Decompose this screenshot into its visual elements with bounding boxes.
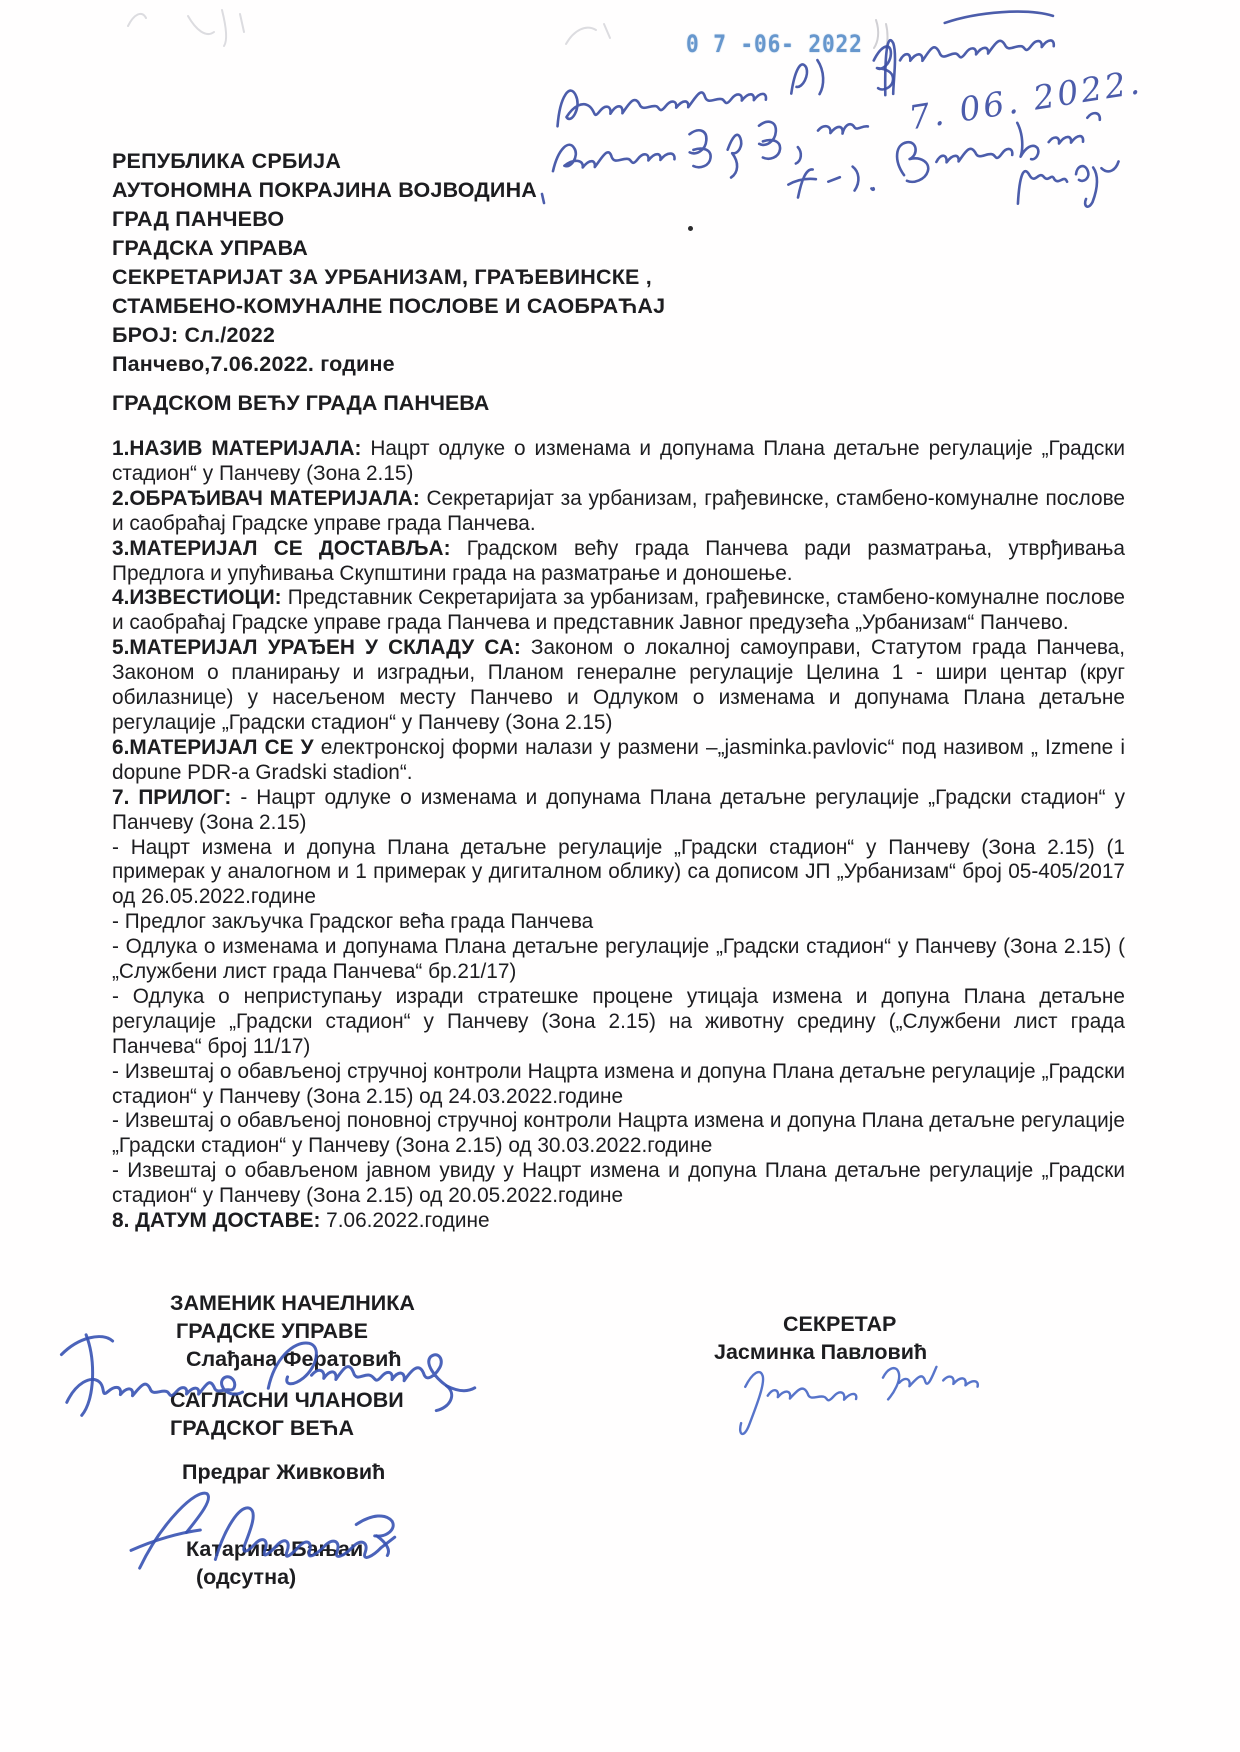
paragraph: - Извештај о обављеној стручној контроли… bbox=[112, 1060, 1125, 1110]
paragraph: 8. ДАТУМ ДОСТАВЕ: 7.06.2022.године bbox=[112, 1209, 1125, 1234]
ink-dot bbox=[688, 226, 693, 231]
salutation: ГРАДСКОМ ВЕЋУ ГРАДА ПАНЧЕВА bbox=[112, 391, 489, 416]
handwritten-word-line3 bbox=[895, 110, 1106, 184]
council-member-2-name: Катарина Бањаи bbox=[186, 1537, 363, 1562]
deputy-title-line-1: ЗАМЕНИК НАЧЕЛНИКА bbox=[170, 1291, 415, 1316]
deputy-title-line-2: ГРАДСКЕ УПРАВЕ bbox=[176, 1319, 368, 1344]
handwritten-word-line4 bbox=[1013, 157, 1125, 218]
council-member-1-name: Предраг Живковић bbox=[182, 1460, 385, 1485]
body-paragraphs: 1.НАЗИВ МАТЕРИЈАЛА: Нацрт одлуке о измен… bbox=[112, 437, 1125, 1234]
paragraph: - Одлука о изменама и допунама Плана дет… bbox=[112, 935, 1125, 985]
letterhead-line: БРОЈ: Сл./2022 bbox=[112, 321, 665, 350]
letterhead-line: ГРАД ПАНЧЕВО bbox=[112, 205, 665, 234]
secretary-title: СЕКРЕТАР bbox=[783, 1312, 896, 1337]
document-page: 0 7 -06- 2022 РЕПУБЛИКА СРБИЈААУТОНОМНА … bbox=[0, 0, 1240, 1752]
paragraph: 1.НАЗИВ МАТЕРИЈАЛА: Нацрт одлуке о измен… bbox=[112, 437, 1125, 487]
paragraph: 4.ИЗВЕСТИОЦИ: Представник Секретаријата … bbox=[112, 586, 1125, 636]
handwritten-received-note: 7. 06. 2022. bbox=[869, 0, 1160, 236]
paragraph: 5.МАТЕРИЈАЛ УРАЂЕН У СКЛАДУ СА: Законом … bbox=[112, 636, 1125, 736]
secretary-name: Јасминка Павловић bbox=[714, 1340, 927, 1365]
paragraph: 7. ПРИЛОГ: - Нацрт одлуке о изменама и д… bbox=[112, 786, 1125, 836]
letterhead-line: РЕПУБЛИКА СРБИЈА bbox=[112, 147, 665, 176]
gray-smudge bbox=[874, 20, 888, 48]
council-member-2-note: (одсутна) bbox=[196, 1565, 296, 1590]
paragraph: 2.ОБРАЂИВАЧ МАТЕРИЈАЛА: Секретаријат за … bbox=[112, 487, 1125, 537]
letterhead-line: СЕКРЕТАРИЈАТ ЗА УРБАНИЗАМ, ГРАЂЕВИНСКЕ , bbox=[112, 263, 665, 292]
signature-secretary bbox=[737, 1361, 980, 1434]
date-stamp: 0 7 -06- 2022 bbox=[686, 30, 863, 58]
council-title-line-2: ГРАДСКОГ ВЕЋА bbox=[170, 1416, 354, 1441]
paragraph: - Извештај о обављеном јавном увиду у На… bbox=[112, 1159, 1125, 1209]
letterhead-line: Панчево,7.06.2022. године bbox=[112, 350, 665, 379]
pencil-marks bbox=[128, 10, 610, 46]
letterhead-line: СТАМБЕНО-КОМУНАЛНЕ ПОСЛОВЕ И САОБРАЋАЈ bbox=[112, 292, 665, 321]
letterhead: РЕПУБЛИКА СРБИЈААУТОНОМНА ПОКРАЈИНА ВОЈВ… bbox=[112, 147, 665, 379]
paragraph: - Предлог закључка Градског већа града П… bbox=[112, 910, 1125, 935]
paragraph: - Нацрт измена и допуна Плана детаљне ре… bbox=[112, 836, 1125, 911]
handwritten-date: 7. 06. 2022. bbox=[906, 62, 1145, 137]
paragraph: - Одлука о неприступању изради стратешке… bbox=[112, 985, 1125, 1060]
letterhead-line: АУТОНОМНА ПОКРАЈИНА ВОЈВОДИНА bbox=[112, 176, 665, 205]
paragraph: 3.МАТЕРИЈАЛ СЕ ДОСТАВЉА: Градском већу г… bbox=[112, 537, 1125, 587]
paragraph: 6.МАТЕРИЈАЛ СЕ У електронској форми нала… bbox=[112, 736, 1125, 786]
paragraph: - Извештај о обављеној поновној стручној… bbox=[112, 1109, 1125, 1159]
deputy-name: Слађана Фератовић bbox=[186, 1347, 402, 1372]
letterhead-line: ГРАДСКА УПРАВА bbox=[112, 234, 665, 263]
council-title-line-1: САГЛАСНИ ЧЛАНОВИ bbox=[170, 1388, 404, 1413]
